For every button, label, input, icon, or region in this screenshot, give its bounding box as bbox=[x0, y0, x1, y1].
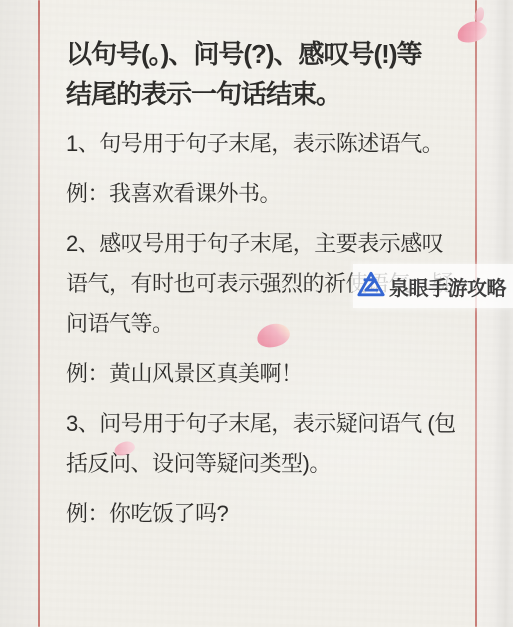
heading-line-2: 结尾的表示一句话结束。 bbox=[66, 74, 460, 114]
paragraph-question-example: 例：你吃饭了吗? bbox=[66, 494, 460, 534]
right-border-line bbox=[475, 0, 477, 627]
watermark-badge: 泉眼手游攻略 bbox=[353, 264, 513, 308]
triangle-z-logo-icon bbox=[356, 269, 386, 304]
left-border-line bbox=[38, 0, 40, 627]
paragraph-exclamation-example: 例：黄山风景区真美啊！ bbox=[66, 354, 460, 394]
heading-line-1: 以句号(。)、问号(?)、感叹号(!)等 bbox=[66, 34, 460, 74]
page-left-margin bbox=[0, 0, 39, 627]
watermark-text: 泉眼手游攻略 bbox=[389, 272, 506, 301]
paragraph-period-example: 例：我喜欢看课外书。 bbox=[66, 174, 460, 214]
page-right-margin bbox=[476, 0, 513, 627]
note-heading: 以句号(。)、问号(?)、感叹号(!)等 结尾的表示一句话结束。 bbox=[66, 34, 460, 114]
note-screenshot: { "colors": { "page_bg": "#eae8e3", "pap… bbox=[0, 0, 513, 627]
paragraph-period-rule: 1、句号用于句子末尾，表示陈述语气。 bbox=[66, 124, 460, 164]
